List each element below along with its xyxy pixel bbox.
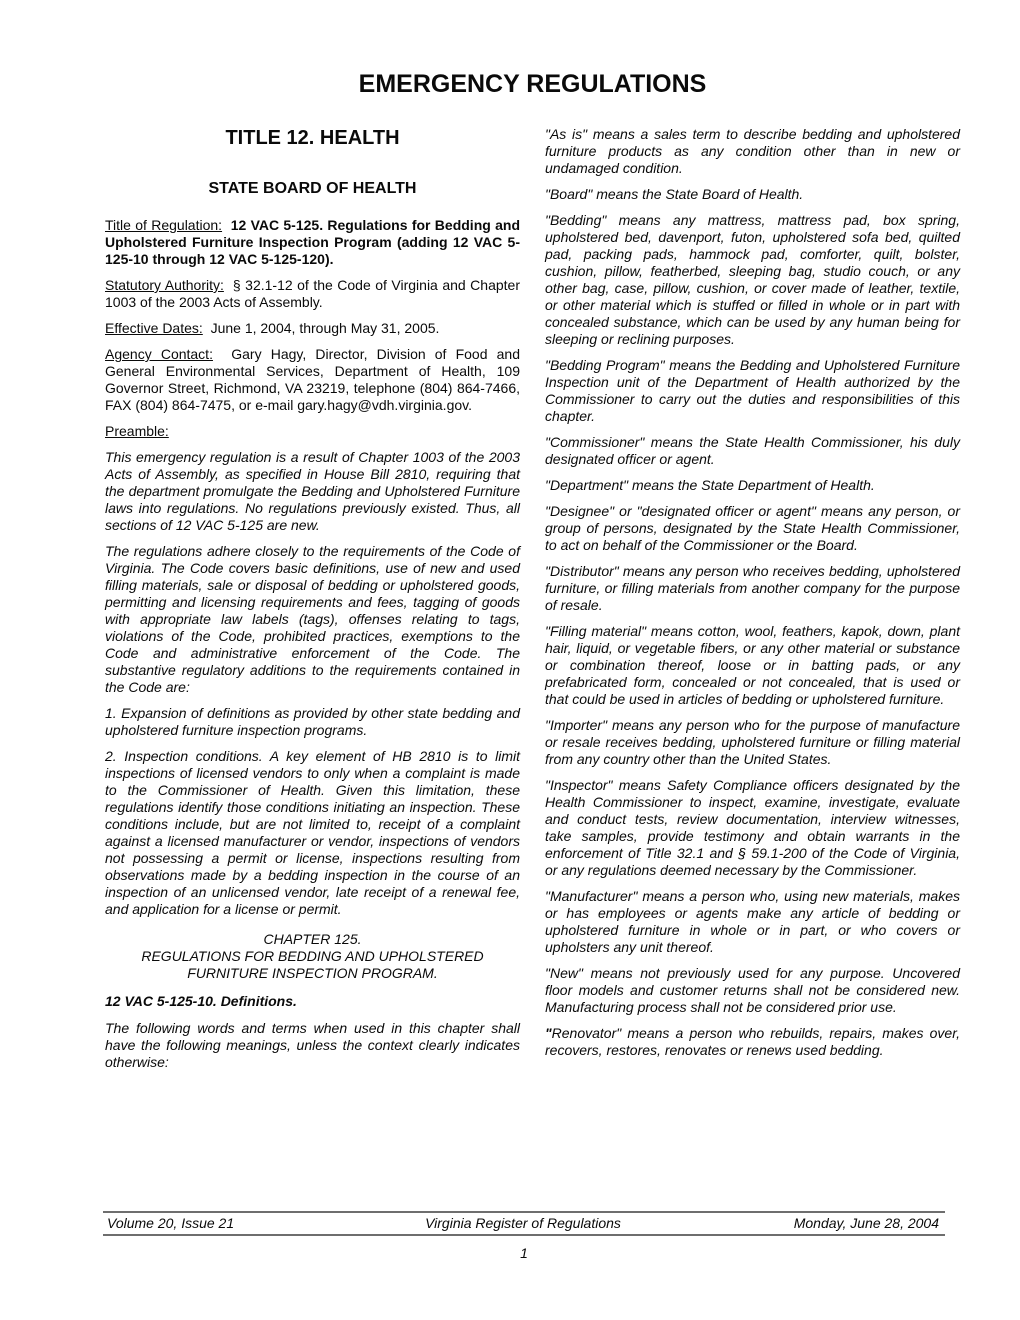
footer-volume-issue: Volume 20, Issue 21 [107,1215,375,1232]
definition-paragraph: "Manufacturer" means a person who, using… [545,888,960,956]
definition-paragraph: "Commissioner" means the State Health Co… [545,434,960,468]
document-content: EMERGENCY REGULATIONS TITLE 12. HEALTH S… [0,0,1020,1080]
labeled-paragraph: Title of Regulation: 12 VAC 5-125. Regul… [105,217,520,268]
definition-paragraph: "Designee" or "designated officer or age… [545,503,960,554]
two-column-layout: TITLE 12. HEALTH STATE BOARD OF HEALTH T… [105,126,960,1080]
definition-paragraph: "Bedding Program" means the Bedding and … [545,357,960,425]
title-heading: TITLE 12. HEALTH [105,127,520,150]
definition-paragraph: "Renovator" means a person who rebuilds,… [545,1025,960,1059]
page-title: EMERGENCY REGULATIONS [105,70,960,99]
chapter-title: REGULATIONS FOR BEDDING AND UPHOLSTERED … [105,948,520,982]
numbered-paragraph: 2. Inspection conditions. A key element … [105,748,520,918]
footer-publication-name: Virginia Register of Regulations [375,1215,670,1232]
paragraph-label: Agency Contact: [105,346,213,362]
left-column: TITLE 12. HEALTH STATE BOARD OF HEALTH T… [105,126,520,1080]
definition-paragraph: "Bedding" means any mattress, mattress p… [545,212,960,348]
definition-paragraph: "New" means not previously used for any … [545,965,960,1016]
preamble-paragraph: The regulations adhere closely to the re… [105,543,520,696]
paragraph-label: Preamble: [105,423,169,439]
paragraph-label: Title of Regulation: [105,217,222,233]
definition-paragraph: "Distributor" means any person who recei… [545,563,960,614]
section-intro: The following words and terms when used … [105,1020,520,1071]
paragraph-label: Statutory Authority: [105,277,224,293]
labeled-paragraph: Preamble: [105,423,520,440]
page-number: 1 [103,1245,945,1261]
footer-date: Monday, June 28, 2004 [671,1215,939,1232]
chapter-heading: CHAPTER 125. REGULATIONS FOR BEDDING AND… [105,931,520,982]
definition-paragraph: "Department" means the State Department … [545,477,960,494]
labeled-paragraph: Statutory Authority: § 32.1-12 of the Co… [105,277,520,311]
definition-paragraph: "As is" means a sales term to describe b… [545,126,960,177]
regulation-info-block: Title of Regulation: 12 VAC 5-125. Regul… [105,217,520,440]
definition-paragraph: "Importer" means any person who for the … [545,717,960,768]
paragraph-label: Effective Dates: [105,320,203,336]
paragraph-text: June 1, 2004, through May 31, 2005. [211,320,440,336]
labeled-paragraph: Effective Dates: June 1, 2004, through M… [105,320,520,337]
chapter-number: CHAPTER 125. [105,931,520,948]
right-column: "As is" means a sales term to describe b… [545,126,960,1068]
labeled-paragraph: Agency Contact: Gary Hagy, Director, Div… [105,346,520,414]
numbered-paragraph: 1. Expansion of definitions as provided … [105,705,520,739]
board-subheading: STATE BOARD OF HEALTH [105,180,520,198]
page-footer: Volume 20, Issue 21 Virginia Register of… [103,1211,945,1236]
preamble-body: This emergency regulation is a result of… [105,449,520,696]
section-heading: 12 VAC 5-125-10. Definitions. [105,993,520,1010]
definition-paragraph: "Board" means the State Board of Health. [545,186,960,203]
definition-paragraph: "Filling material" means cotton, wool, f… [545,623,960,708]
preamble-numbered-items: 1. Expansion of definitions as provided … [105,705,520,918]
preamble-paragraph: This emergency regulation is a result of… [105,449,520,534]
definition-paragraph: "Inspector" means Safety Compliance offi… [545,777,960,879]
